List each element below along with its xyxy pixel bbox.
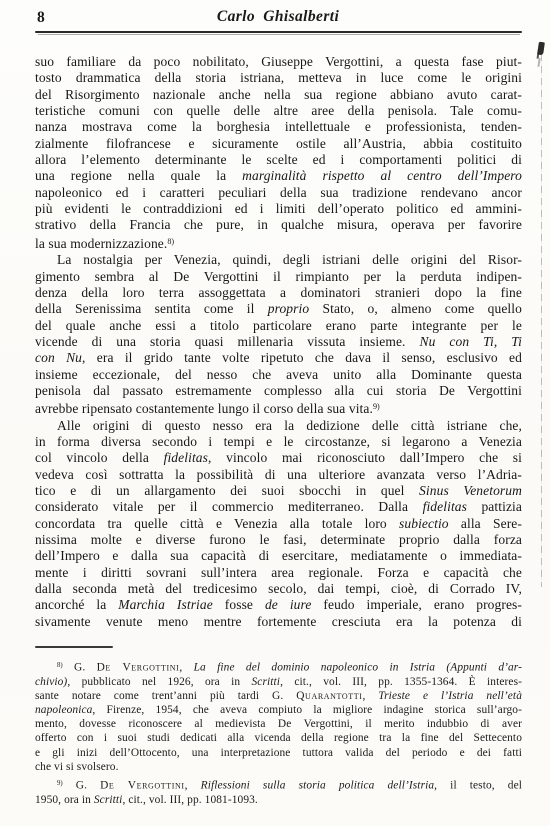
styled-text: napoleonica	[35, 704, 92, 716]
styled-text: de iure	[265, 597, 312, 612]
text-line: una regione nella quale la marginalità r…	[35, 168, 522, 184]
text-line: denza della loro terra assoggettata a do…	[35, 285, 522, 301]
text-line: ancorché la Marchia Istriae fosse de iur…	[35, 597, 522, 613]
text-line: insieme eccezionale, del nesso che aveva…	[35, 367, 522, 383]
text-line: considerato vitale per il commercio medi…	[35, 499, 522, 515]
text-line: nissima molte e diverse furono le fasi, …	[35, 532, 522, 548]
styled-text: Nu con Ti, Ti	[419, 334, 522, 349]
scan-ink-mark	[537, 42, 545, 56]
body-text: suo familiare da poco nobilitato, Giusep…	[35, 54, 522, 630]
paragraph: Alle origini di questo nesso era la dedi…	[35, 418, 522, 630]
text-line: in forma diversa secondo i tempi e le ci…	[35, 434, 522, 450]
text-line: la sua modernizzazione.8)	[35, 234, 522, 252]
text-line: e gli inizi dell’Ottocento, una interpre…	[35, 746, 522, 760]
text-line: sivamente venute meno mentre fortemente …	[35, 614, 522, 630]
text-line: penisola dal passato estremamente comple…	[35, 383, 522, 399]
footnote-marker: 9)	[57, 780, 63, 787]
styled-text: Scritti	[94, 794, 123, 806]
header-rule-shadow	[38, 34, 520, 35]
text-line: del Risorgimento nazionale anche nella s…	[35, 87, 522, 103]
styled-text: proprio	[268, 301, 309, 316]
text-line: avrebbe ripensato costantemente lungo il…	[35, 399, 522, 417]
text-line: chivio), pubblicato nel 1926, ora in Scr…	[35, 675, 522, 689]
text-line: mento, dovesse riconoscere al medievista…	[35, 717, 522, 731]
text-line: col vincolo della fidelitas, vincolo mai…	[35, 450, 522, 466]
styled-text: La fine del dominio napoleonico in Istri…	[194, 661, 522, 673]
footnote-marker: 9)	[373, 402, 380, 411]
text-line: vicende di una storia quasi millenaria v…	[35, 334, 522, 350]
text-line: concordata tra quelle città e Venezia al…	[35, 516, 522, 532]
footnote-separator	[35, 646, 113, 648]
text-line: tico e di un allargamento dei suoi sbocc…	[35, 483, 522, 499]
text-line: tosto drammatica della storia istriana, …	[35, 70, 522, 86]
styled-text: con Nu	[35, 350, 82, 365]
text-line: con Nu, era il grido tante volte ripetut…	[35, 350, 522, 366]
styled-text: fidelitas	[423, 499, 467, 514]
styled-text: De Vergottini	[100, 779, 185, 791]
text-line: sante notare come trent’anni più tardi G…	[35, 689, 522, 703]
styled-text: De Vergottini	[97, 661, 180, 673]
text-line: della Serenissima sentita come il propri…	[35, 301, 522, 317]
page-header: 8 Carlo Ghisalberti	[35, 8, 521, 32]
text-line: allora l’elemento determinante le scelte…	[35, 152, 522, 168]
text-line: dalla seconda metà del tredicesimo secol…	[35, 581, 522, 597]
text-line: del quale anche essi a titolo particolar…	[35, 318, 522, 334]
footnote: 8) G. De Vergottini, La fine del dominio…	[35, 659, 522, 774]
styled-text: Trieste e l’Istria nell’età	[378, 690, 522, 702]
text-line: teristiche comuni con quelle delle altre…	[35, 103, 522, 119]
text-line: napoleonica, Firenze, 1954, che aveva co…	[35, 703, 522, 717]
styled-text: Scritti	[252, 676, 281, 688]
footnotes: 8) G. De Vergottini, La fine del dominio…	[35, 659, 522, 807]
text-line: 8) G. De Vergottini, La fine del dominio…	[35, 659, 522, 675]
text-line: 9) G. De Vergottini, Riflessioni sulla s…	[35, 777, 522, 793]
text-line: dell’Impero e dalla sua capacità di eser…	[35, 548, 522, 564]
header-rule	[35, 31, 522, 33]
styled-text: chivio)	[35, 676, 67, 688]
text-line: strativo della Francia che pure, in qual…	[35, 217, 522, 233]
styled-text: Sinus Venetorum	[419, 483, 522, 498]
styled-text: Riflessioni sulla storia politica dell’I…	[201, 779, 435, 791]
styled-text: subiectio	[399, 516, 449, 531]
scan-edge-artifact	[541, 42, 542, 587]
text-line: vedeva così sottratta la possibilità di …	[35, 467, 522, 483]
text-line: offerto con i suoi studi dedicati alla v…	[35, 731, 522, 745]
running-head: Carlo Ghisalberti	[35, 8, 521, 26]
text-line: più evidenti le contraddizioni ed i limi…	[35, 201, 522, 217]
text-line: nanza mostrava come la borghesia intelle…	[35, 119, 522, 135]
styled-text: Quarantotti	[296, 690, 362, 702]
text-line: napoleonico ed i caratteri peculiari del…	[35, 185, 522, 201]
text-line: gimento sembra al De Vergottini il rimpi…	[35, 269, 522, 285]
text-line: 1950, ora in Scritti, cit., vol. III, pp…	[35, 793, 522, 807]
styled-text: fidelitas	[164, 450, 208, 465]
footnote-marker: 8)	[57, 662, 63, 669]
text-line: zialmente filofrancese e sicuramente ost…	[35, 136, 522, 152]
styled-text: marginalità rispetto al centro dell’Impe…	[242, 168, 522, 183]
text-line: che vi si svolsero.	[35, 760, 522, 774]
footnote: 9) G. De Vergottini, Riflessioni sulla s…	[35, 777, 522, 807]
text-line: mente i diritti sovrani sull’intera area…	[35, 565, 522, 581]
text-line: Alle origini di questo nesso era la dedi…	[35, 418, 522, 434]
text-line: La nostalgia per Venezia, quindi, degli …	[35, 252, 522, 268]
footnote-marker: 8)	[167, 237, 174, 246]
paragraph: suo familiare da poco nobilitato, Giusep…	[35, 54, 522, 252]
text-line: suo familiare da poco nobilitato, Giusep…	[35, 54, 522, 70]
paragraph: La nostalgia per Venezia, quindi, degli …	[35, 252, 522, 417]
styled-text: Marchia Istriae	[118, 597, 213, 612]
